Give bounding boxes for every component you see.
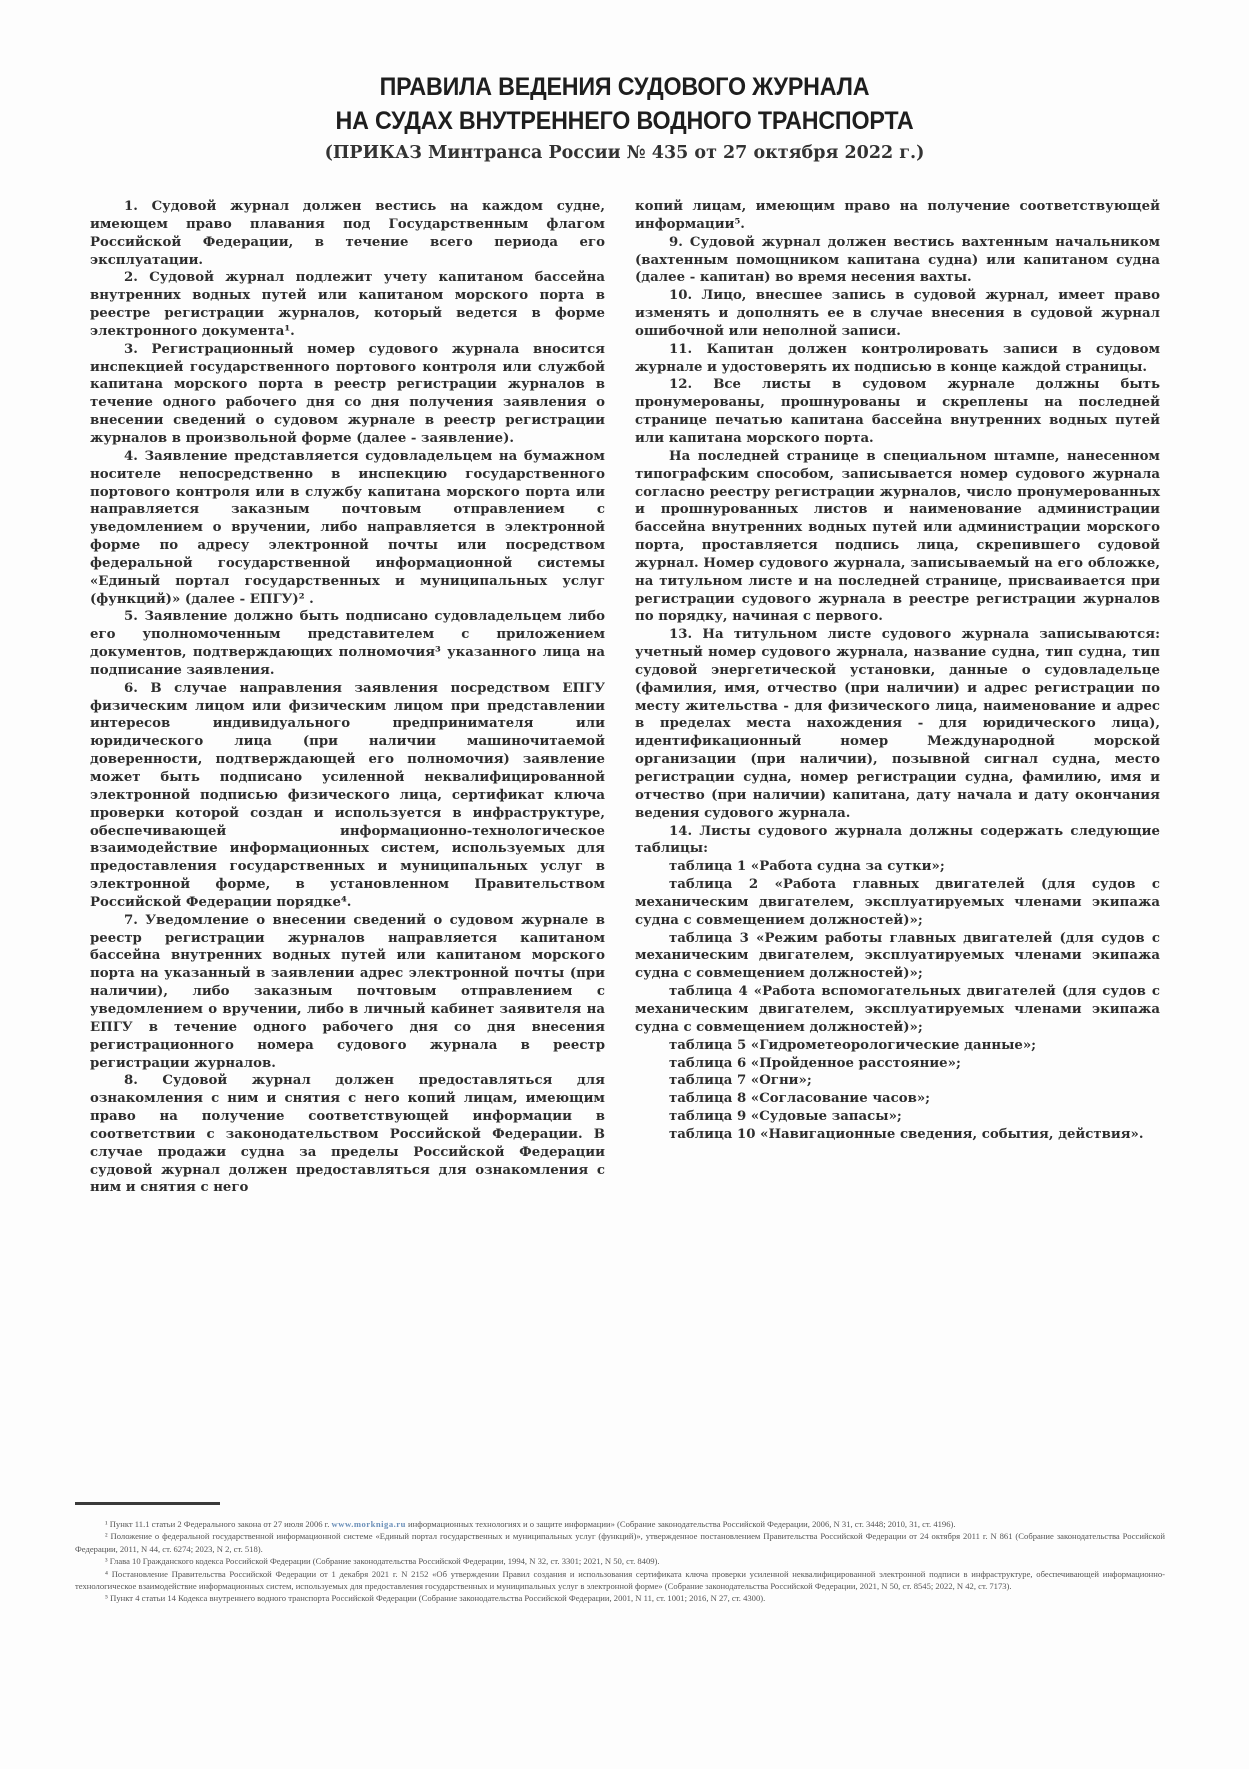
table-item-10: таблица 10 «Навигационные сведения, собы… xyxy=(635,1126,1160,1144)
footnotes: ¹ Пункт 11.1 статьи 2 Федерального закон… xyxy=(75,1518,1165,1605)
table-item-8: таблица 8 «Согласование часов»; xyxy=(635,1090,1160,1108)
table-item-6: таблица 6 «Пройденное расстояние»; xyxy=(635,1055,1160,1073)
footnote-2: ² Положение о федеральной государственно… xyxy=(75,1530,1165,1555)
paragraph-8: 8. Судовой журнал должен предоставляться… xyxy=(90,1072,605,1197)
paragraph-6: 6. В случае направления заявления посред… xyxy=(90,680,605,912)
paragraph-1: 1. Судовой журнал должен вестись на кажд… xyxy=(90,198,605,269)
footnote-4: ⁴ Постановление Правительства Российской… xyxy=(75,1568,1165,1593)
footnote-1-text: ¹ Пункт 11.1 статьи 2 Федерального закон… xyxy=(105,1519,332,1529)
table-item-4: таблица 4 «Работа вспомогательных двигат… xyxy=(635,983,1160,1037)
paragraph-12-stamp: На последней странице в специальном штам… xyxy=(635,448,1160,626)
paragraph-3: 3. Регистрационный номер судового журнал… xyxy=(90,341,605,448)
left-column: 1. Судовой журнал должен вестись на кажд… xyxy=(90,198,605,1197)
paragraph-5: 5. Заявление должно быть подписано судов… xyxy=(90,608,605,679)
footnote-1: ¹ Пункт 11.1 статьи 2 Федерального закон… xyxy=(75,1518,1165,1530)
paragraph-2: 2. Судовой журнал подлежит учету капитан… xyxy=(90,269,605,340)
paragraph-4: 4. Заявление представляется судовладельц… xyxy=(90,448,605,609)
table-item-2: таблица 2 «Работа главных двигателей (дл… xyxy=(635,876,1160,930)
watermark-link[interactable]: www.morkniga.ru xyxy=(332,1519,406,1529)
table-item-5: таблица 5 «Гидрометеорологические данные… xyxy=(635,1037,1160,1055)
paragraph-13: 13. На титульном листе судового журнала … xyxy=(635,626,1160,822)
footnote-1-text-end: информационных технологиях и о защите ин… xyxy=(406,1519,956,1529)
paragraph-11: 11. Капитан должен контролировать записи… xyxy=(635,341,1160,377)
document-page: ПРАВИЛА ВЕДЕНИЯ СУДОВОГО ЖУРНАЛА НА СУДА… xyxy=(0,0,1249,1769)
right-column: копий лицам, имеющим право на получение … xyxy=(635,198,1160,1144)
footnote-3: ³ Глава 10 Гражданского кодекса Российск… xyxy=(75,1555,1165,1567)
footnote-separator xyxy=(75,1502,220,1505)
paragraph-12: 12. Все листы в судовом журнале должны б… xyxy=(635,376,1160,447)
table-item-3: таблица 3 «Режим работы главных двигател… xyxy=(635,930,1160,984)
paragraph-7: 7. Уведомление о внесении сведений о суд… xyxy=(90,912,605,1073)
paragraph-14: 14. Листы судового журнала должны содерж… xyxy=(635,823,1160,859)
title-line-1: ПРАВИЛА ВЕДЕНИЯ СУДОВОГО ЖУРНАЛА xyxy=(44,70,1206,104)
paragraph-10: 10. Лицо, внесшее запись в судовой журна… xyxy=(635,287,1160,341)
table-item-9: таблица 9 «Судовые запасы»; xyxy=(635,1108,1160,1126)
order-reference: (ПРИКАЗ Минтранса России № 435 от 27 окт… xyxy=(0,140,1249,166)
paragraph-9: 9. Судовой журнал должен вестись вахтенн… xyxy=(635,234,1160,288)
table-item-1: таблица 1 «Работа судна за сутки»; xyxy=(635,858,1160,876)
paragraph-8-continuation: копий лицам, имеющим право на получение … xyxy=(635,198,1160,234)
title-line-2: НА СУДАХ ВНУТРЕННЕГО ВОДНОГО ТРАНСПОРТА xyxy=(44,104,1206,138)
footnote-5: ⁵ Пункт 4 статьи 14 Кодекса внутреннего … xyxy=(75,1592,1165,1604)
table-item-7: таблица 7 «Огни»; xyxy=(635,1072,1160,1090)
document-header: ПРАВИЛА ВЕДЕНИЯ СУДОВОГО ЖУРНАЛА НА СУДА… xyxy=(0,70,1249,166)
